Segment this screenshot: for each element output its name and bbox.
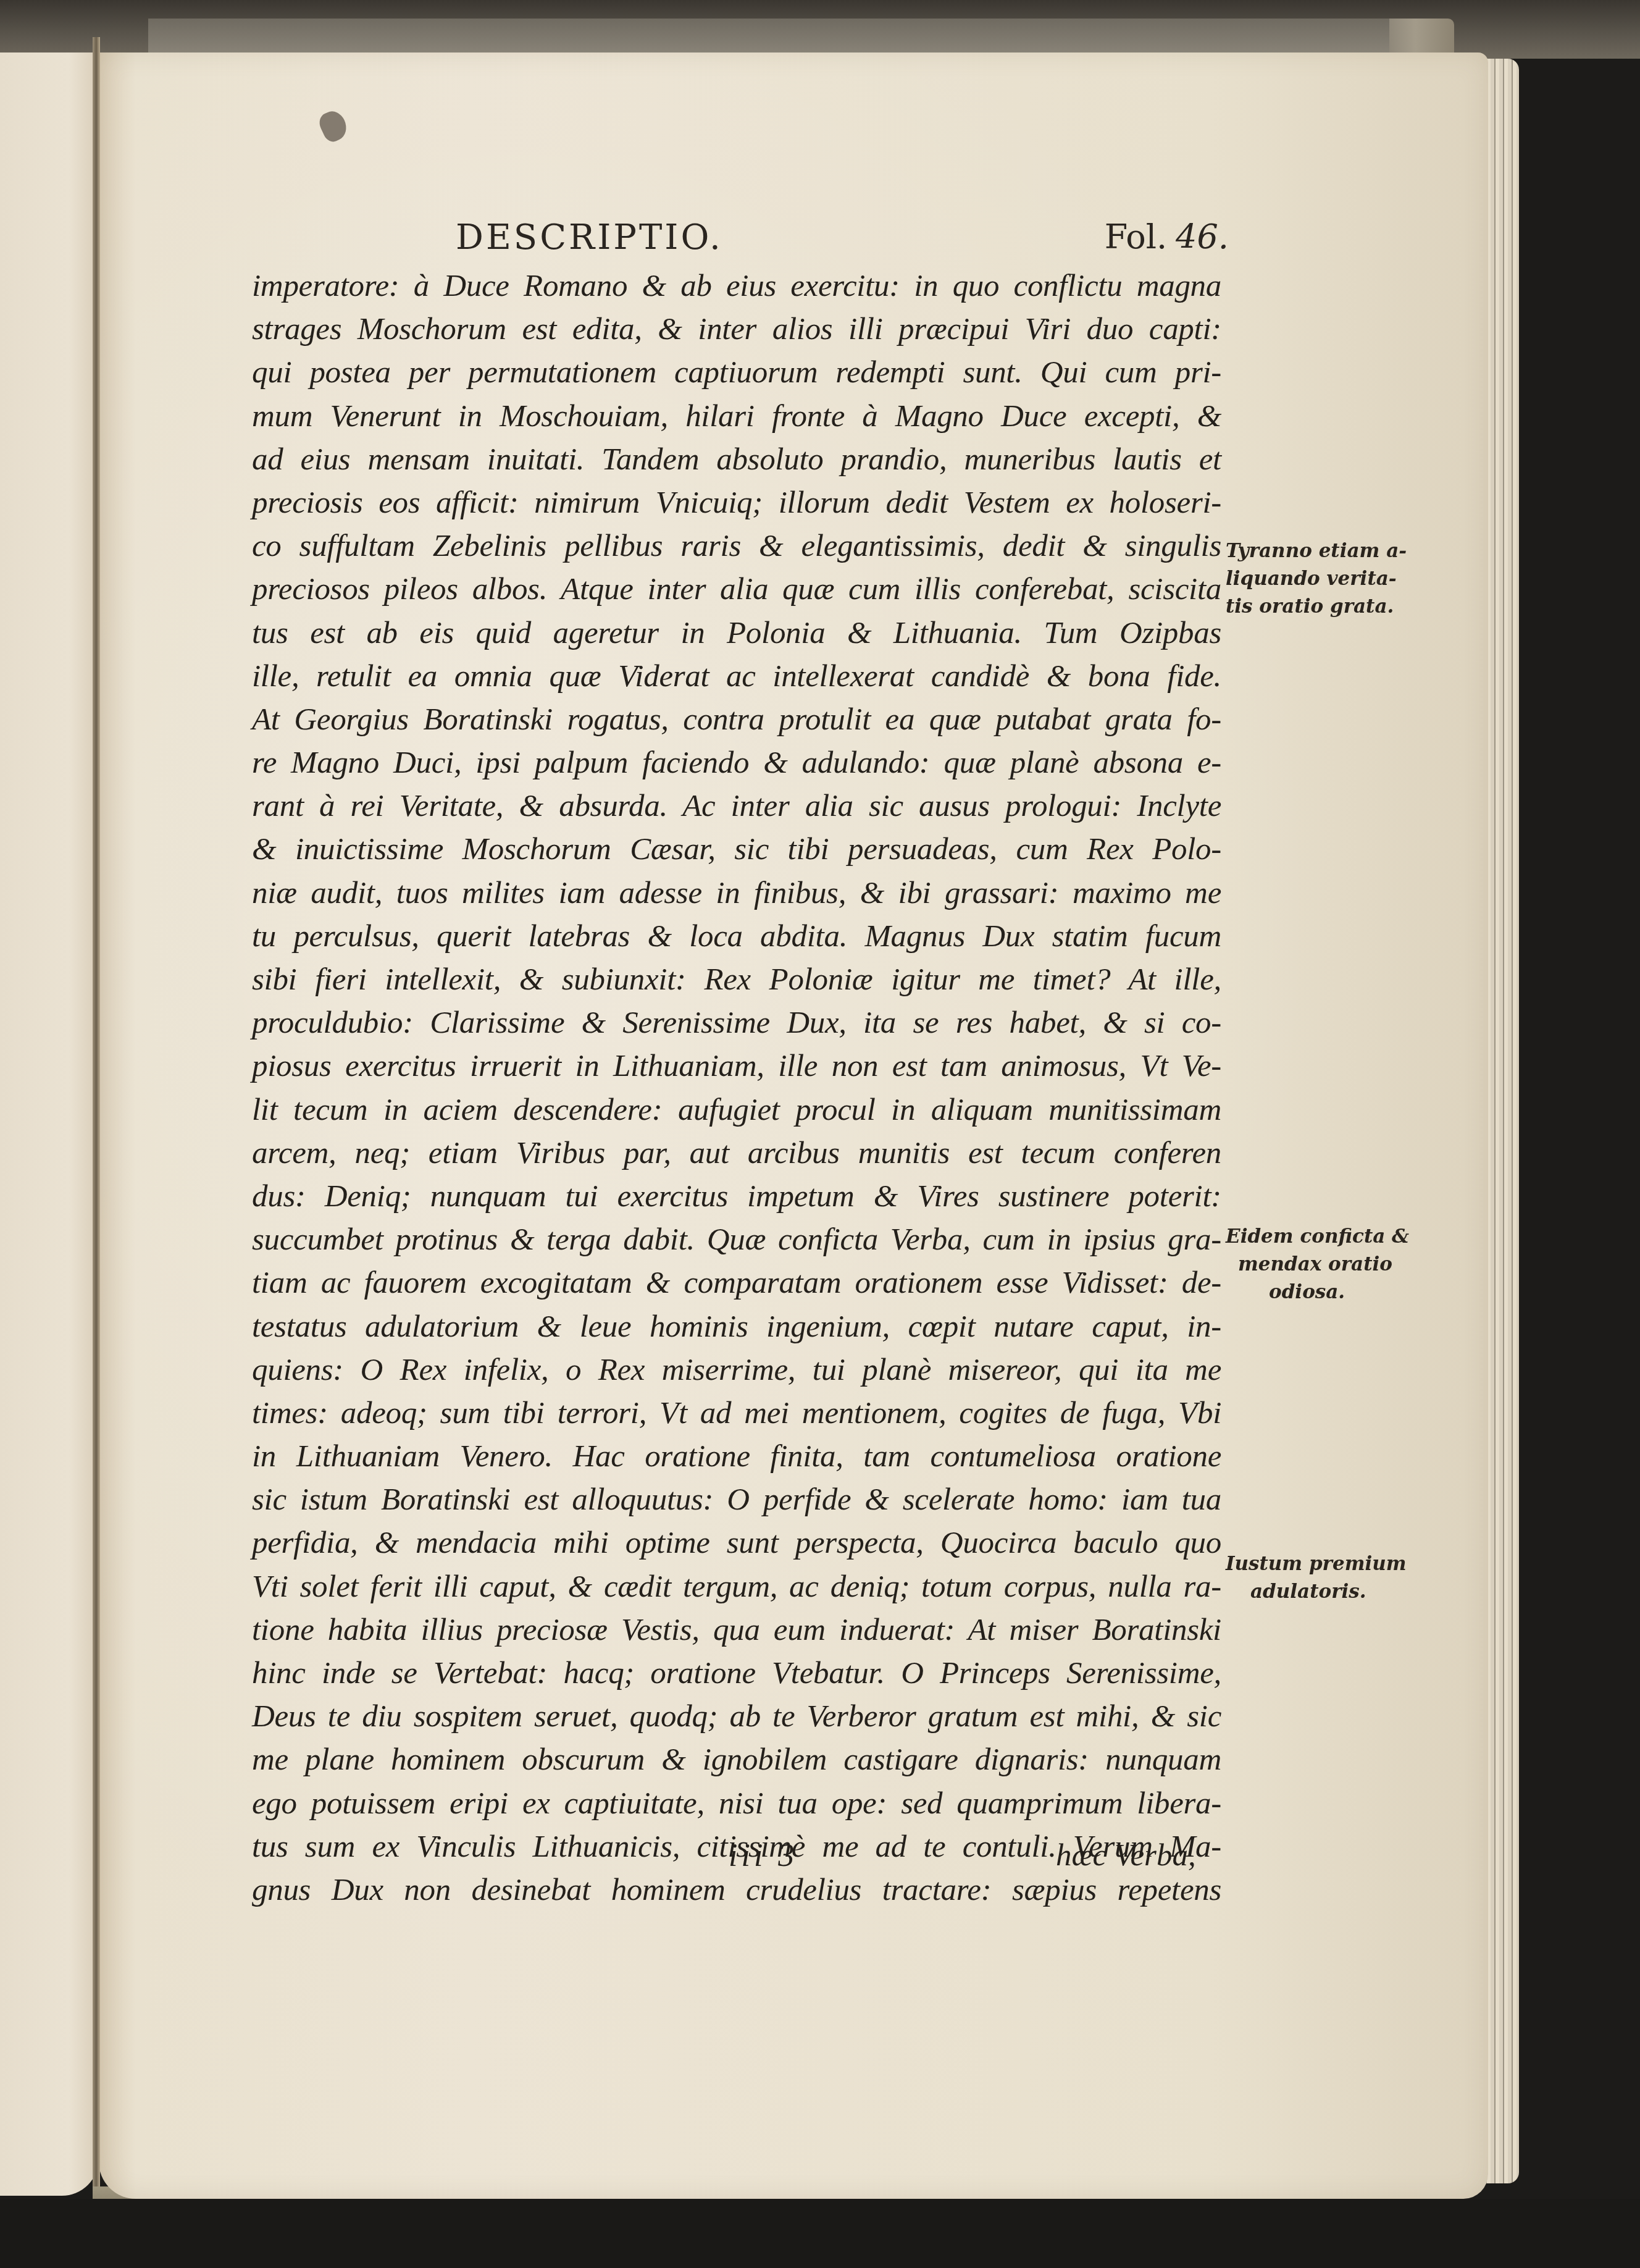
folio-number: 46. xyxy=(1176,217,1229,256)
text-line: tu perculsus, querit latebras & loca abd… xyxy=(252,915,1221,958)
text-line: preciosos pileos albos. Atque inter alia… xyxy=(252,568,1221,611)
marginal-note-line: Tyranno etiam a- xyxy=(1226,537,1407,565)
ink-blot-stain xyxy=(316,107,351,145)
text-line: co suffultam Zebelinis pellibus raris & … xyxy=(252,524,1221,568)
text-line: tione habita illius preciosæ Vestis, qua… xyxy=(252,1608,1221,1652)
text-line: times: adeoq; sum tibi terrori, Vt ad me… xyxy=(252,1392,1221,1435)
text-line: strages Moschorum est edita, & inter ali… xyxy=(252,308,1221,351)
text-line: testatus adulatorium & leue hominis inge… xyxy=(252,1305,1221,1348)
text-line: sic istum Boratinski est alloquutus: O p… xyxy=(252,1478,1221,1521)
text-line: me plane hominem obscurum & ignobilem ca… xyxy=(252,1738,1221,1781)
text-line: At Georgius Boratinski rogatus, contra p… xyxy=(252,698,1221,741)
folio-label: Fol. xyxy=(1105,217,1167,256)
marginal-note-line: adulatoris. xyxy=(1226,1578,1407,1606)
marginal-note-line: Eidem conficta & xyxy=(1226,1223,1409,1251)
text-line: Deus te diu sospitem seruet, quodq; ab t… xyxy=(252,1695,1221,1738)
text-line: piosus exercitus irruerit in Lithuaniam,… xyxy=(252,1044,1221,1088)
running-head: DESCRIPTIO. xyxy=(456,217,723,258)
text-line: lit tecum in aciem descendere: aufugiet … xyxy=(252,1088,1221,1132)
text-line: niæ audit, tuos milites iam adesse in fi… xyxy=(252,871,1221,915)
marginal-note-line: odiosa. xyxy=(1226,1279,1409,1306)
text-line: proculdubio: Clarissime & Serenissime Du… xyxy=(252,1001,1221,1044)
marginal-note-line: tis oratio grata. xyxy=(1226,593,1407,621)
text-line: in Lithuaniam Venero. Hac oratione finit… xyxy=(252,1435,1221,1478)
text-line: perfidia, & mendacia mihi optime sunt pe… xyxy=(252,1521,1221,1564)
marginal-note-line: liquando verita- xyxy=(1226,565,1407,593)
text-line: ille, retulit ea omnia quæ Viderat ac in… xyxy=(252,655,1221,698)
page-header: DESCRIPTIO. Fol.46. xyxy=(445,217,1229,261)
text-line: gnus Dux non desinebat hominem crudelius… xyxy=(252,1868,1221,1912)
text-line: Vti solet ferit illi caput, & cædit terg… xyxy=(252,1565,1221,1608)
text-line: mum Venerunt in Moschouiam, hilari front… xyxy=(252,395,1221,438)
text-line: tus est ab eis quid ageretur in Polonia … xyxy=(252,611,1221,655)
catchword: hæc Verba, xyxy=(1056,1837,1196,1873)
marginal-note: Eidem conficta & mendax oratio odiosa. xyxy=(1226,1223,1409,1306)
text-line: re Magno Duci, ipsi palpum faciendo & ad… xyxy=(252,741,1221,784)
left-page-verso-strip xyxy=(0,52,99,2196)
text-line: ego potuissem eripi ex captiuitate, nisi… xyxy=(252,1782,1221,1825)
folio: Fol.46. xyxy=(1105,217,1229,256)
marginal-note: Tyranno etiam a- liquando verita- tis or… xyxy=(1226,537,1407,621)
body-text-block: imperatore: à Duce Romano & ab eius exer… xyxy=(252,264,1221,1912)
text-line: arcem, neq; etiam Viribus par, aut arcib… xyxy=(252,1132,1221,1175)
signature-mark: iii 3 xyxy=(729,1837,798,1874)
text-line: sibi fieri intellexit, & subiunxit: Rex … xyxy=(252,958,1221,1001)
text-line: hinc inde se Vertebat: hacq; oratione Vt… xyxy=(252,1652,1221,1695)
marginal-note-line: Iustum premium xyxy=(1226,1550,1407,1578)
background-surface xyxy=(0,2199,1640,2268)
text-line: rant à rei Veritate, & absurda. Ac inter… xyxy=(252,784,1221,828)
text-line: quiens: O Rex infelix, o Rex miserrime, … xyxy=(252,1348,1221,1392)
text-line: preciosis eos afficit: nimirum Vnicuiq; … xyxy=(252,481,1221,524)
text-line: succumbet protinus & terga dabit. Quæ co… xyxy=(252,1218,1221,1261)
text-line: tiam ac fauorem excogitatam & comparatam… xyxy=(252,1261,1221,1304)
text-line: qui postea per permutationem captiuorum … xyxy=(252,351,1221,394)
marginal-note: Iustum premium adulatoris. xyxy=(1226,1550,1407,1606)
text-line: & inuictissime Moschorum Cæsar, sic tibi… xyxy=(252,828,1221,871)
marginal-note-line: mendax oratio xyxy=(1226,1251,1409,1279)
text-line: dus: Deniq; nunquam tui exercitus impetu… xyxy=(252,1175,1221,1218)
text-line: imperatore: à Duce Romano & ab eius exer… xyxy=(252,264,1221,308)
book-photo-scene: DESCRIPTIO. Fol.46. imperatore: à Duce R… xyxy=(0,0,1640,2268)
book-gutter xyxy=(93,37,100,2186)
text-line: ad eius mensam inuitati. Tandem absoluto… xyxy=(252,438,1221,481)
